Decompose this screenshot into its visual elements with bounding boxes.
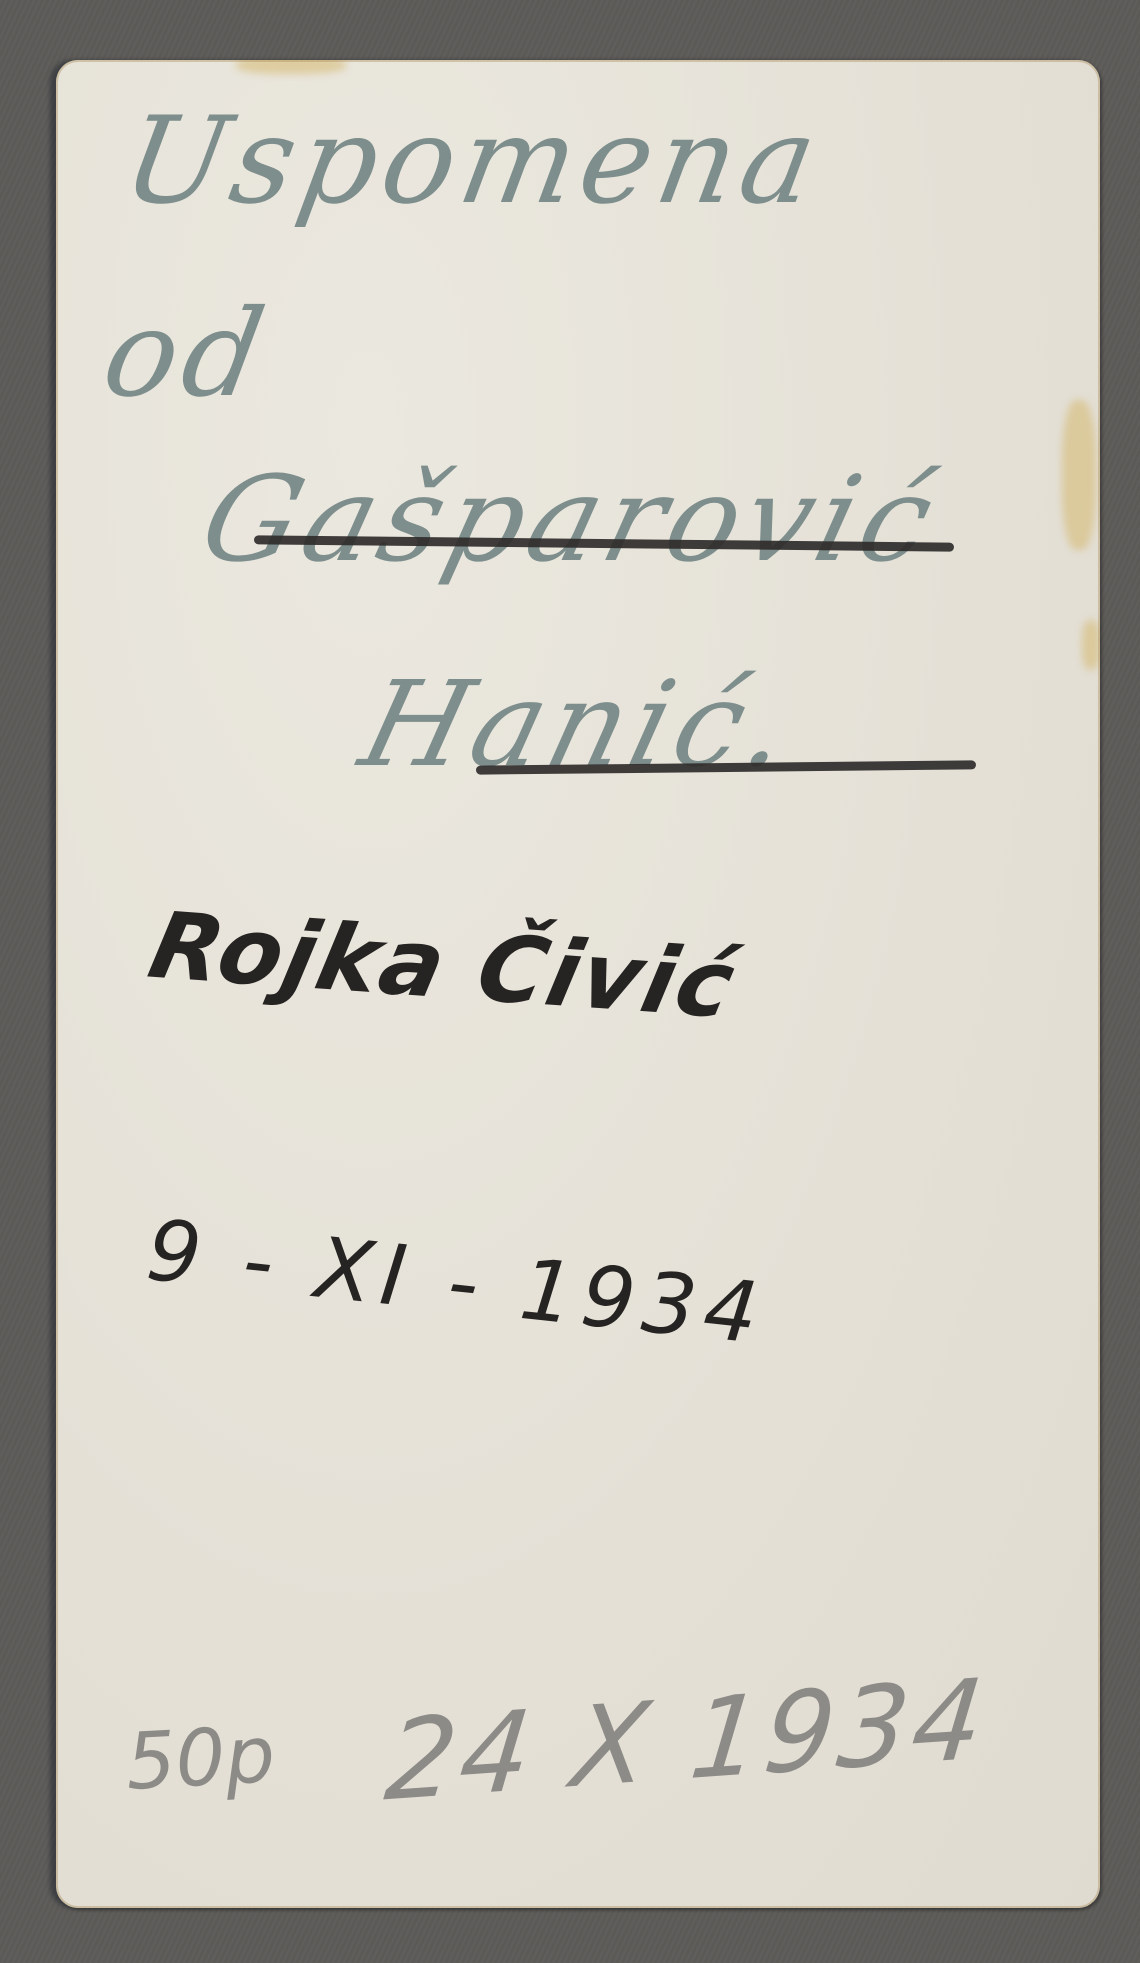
pencil-price: 50p [124,1716,277,1802]
inscription-uspomena: Uspomena [115,102,830,222]
age-stain [236,60,346,74]
signature-name: Rojka Čivić [142,900,743,1032]
struck-surname: Gašparović [191,460,949,578]
photo-card-back: Uspomena od Gašparović Hanić. Rojka Čivi… [56,60,1100,1908]
inscription-od: od [95,295,277,415]
inscription-date: 9 - XI - 1934 [143,1208,769,1356]
pencil-date: 24 X 1934 [381,1663,992,1816]
age-stain [1082,620,1100,670]
age-stain [1062,400,1096,550]
